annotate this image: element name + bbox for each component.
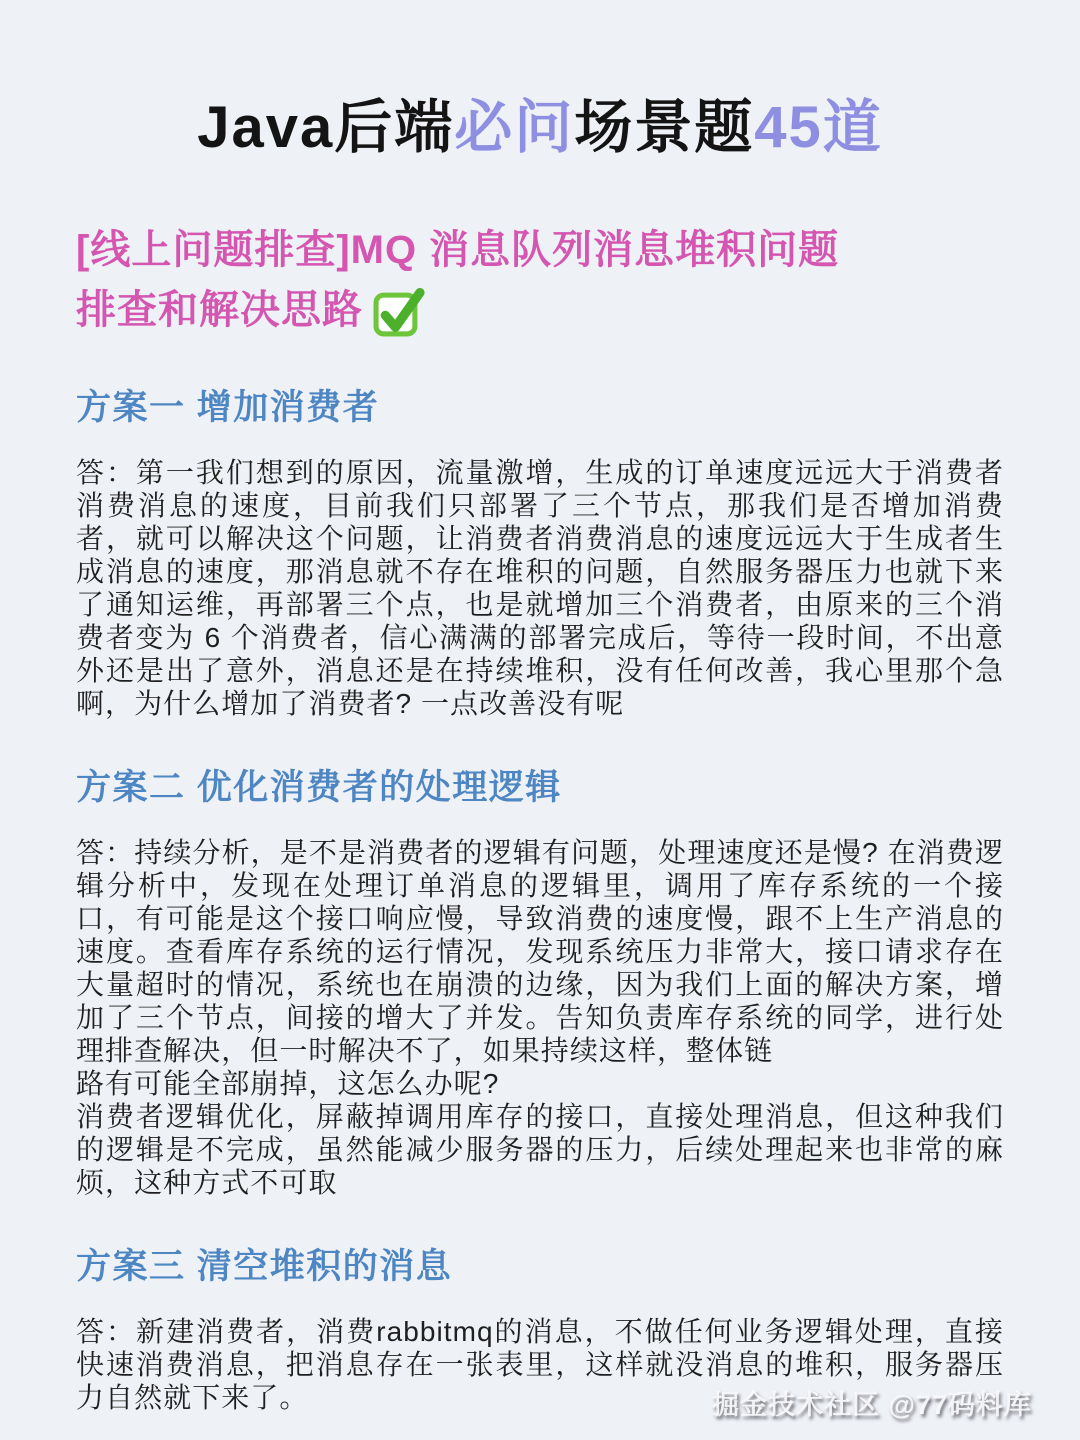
section-paragraph: 路有可能全部崩掉，这怎么办呢? xyxy=(76,1067,1004,1100)
section-plan-1: 方案一 增加消费者 答：第一我们想到的原因，流量激增，生成的订单速度远远大于消费… xyxy=(76,386,1004,720)
section-heading: 方案二 优化消费者的处理逻辑 xyxy=(76,766,1004,810)
green-checkmark-icon xyxy=(371,285,425,339)
title-segment: Java后端 xyxy=(197,95,454,160)
subtitle-line-1: [线上问题排查]MQ 消息队列消息堆积问题 xyxy=(76,220,1004,280)
page-title: Java后端必问场景题45道 xyxy=(76,88,1004,168)
title-segment-highlight: 45道 xyxy=(754,95,883,160)
section-heading: 方案一 增加消费者 xyxy=(76,386,1004,430)
question-subtitle: [线上问题排查]MQ 消息队列消息堆积问题 排查和解决思路 xyxy=(76,220,1004,340)
title-segment-highlight: 必问 xyxy=(454,95,574,160)
section-paragraph: 答：持续分析，是不是消费者的逻辑有问题，处理速度还是慢? 在消费逻辑分析中，发现… xyxy=(76,836,1004,1067)
section-paragraph: 消费者逻辑优化，屏蔽掉调用库存的接口，直接处理消息，但这种我们的逻辑是不完成，虽… xyxy=(76,1100,1004,1199)
section-plan-2: 方案二 优化消费者的处理逻辑 答：持续分析，是不是消费者的逻辑有问题，处理速度还… xyxy=(76,766,1004,1199)
section-paragraph: 答：第一我们想到的原因，流量激增，生成的订单速度远远大于消费者消费消息的速度，目… xyxy=(76,456,1004,720)
page: Java后端必问场景题45道 [线上问题排查]MQ 消息队列消息堆积问题 排查和… xyxy=(0,0,1080,1440)
watermark: 掘金技术社区 @77码料库 xyxy=(712,1383,1032,1422)
section-heading: 方案三 清空堆积的消息 xyxy=(76,1245,1004,1289)
subtitle-line-2: 排查和解决思路 xyxy=(76,280,363,340)
title-segment: 场景题 xyxy=(574,95,754,160)
